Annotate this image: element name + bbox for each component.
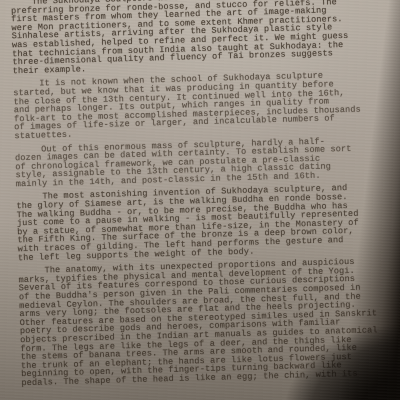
paragraph: Out of this enormous mass of sculpture, …	[15, 135, 396, 189]
paragraph: It is not known when the school of Sukho…	[13, 70, 395, 141]
photo-frame: The Sukhodaya Sculptors werepreferring b…	[0, 0, 400, 400]
paragraph: The anatomy, with its unexpected proport…	[18, 257, 400, 388]
paragraph: The most astonishing invention of Sukhod…	[16, 183, 398, 262]
paragraph: The Sukhodaya Sculptors werepreferring b…	[11, 0, 393, 76]
typewritten-text-block: The Sukhodaya Sculptors werepreferring b…	[11, 0, 400, 393]
document-page: The Sukhodaya Sculptors werepreferring b…	[0, 0, 400, 400]
